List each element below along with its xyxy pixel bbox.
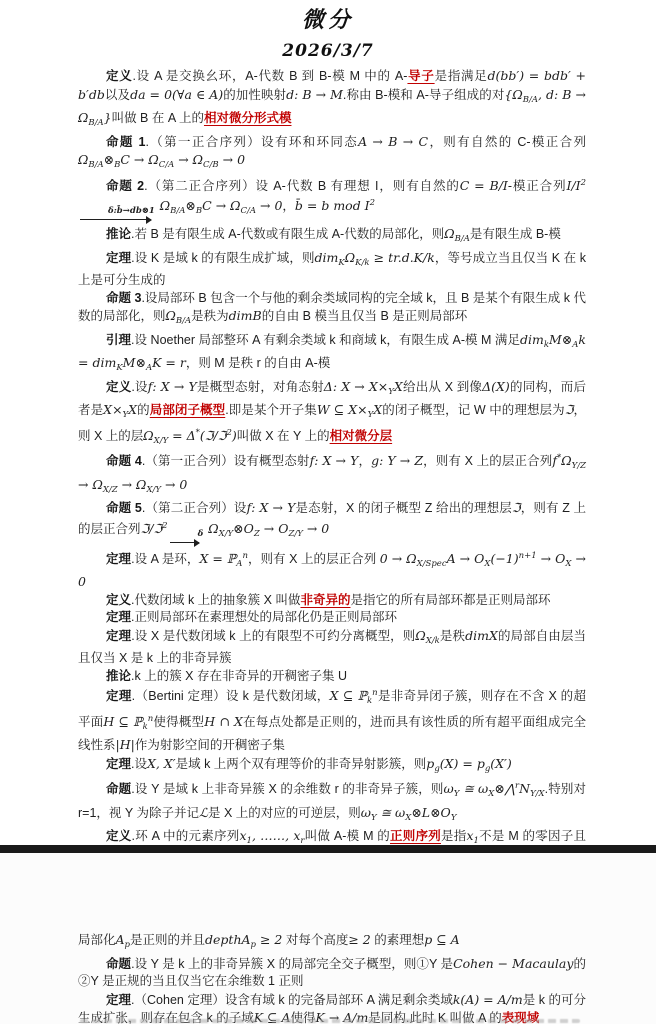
text-run: .设 [131,380,147,394]
paragraph: 引理.设 Noether 局部整环 A 有剩余类域 k 和商域 k，有限生成 A… [78,331,586,378]
math-run: → Ω [78,477,103,492]
math-run: (X′) [490,756,512,771]
math-run: A → B → C [358,134,428,149]
paragraph-lead: 定理 [106,757,131,771]
math-run: X, X′ [147,756,176,771]
paragraph: 定理.设 A 是环，X = ℙAn，则有 X 上的层正合列 0 → ΩX/Spe… [78,548,586,592]
text-run: 给出从 X 到像 [403,380,482,394]
math-run: 2 [370,198,375,208]
math-run: C → Ω [202,198,240,213]
text-run: 是正则的并且 [130,933,205,947]
text-run: 是指 [441,829,466,843]
paragraph-lead: 定理 [106,251,131,265]
text-run: 的 [137,403,150,417]
math-run: ℒ [199,805,208,820]
highlight-term: 非奇异的 [300,593,350,607]
math-run: ω [361,805,371,820]
math-run: X ⊆ ℙ [330,688,367,703]
math-run: X = ℙ [199,551,236,566]
math-run: B/A [170,206,185,216]
math-run: Ω [160,198,170,213]
text-run: 的闭子概型，记 W 中的理想层为 [382,403,565,417]
math-run: K = r [152,355,186,370]
math-run: I/I [566,178,580,193]
text-run: .k 上的簇 X 存在非奇异的开稠密子集 U [131,669,347,683]
highlight-term: 正则序列 [390,829,441,843]
math-run: Ω [444,226,454,241]
text-run: 以及 [105,88,130,102]
right-arrow-icon [80,216,155,225]
document-page: 微分 2026/3/7 定义.设 A 是交换幺环，A-代数 B 到 B-模 M … [0,0,656,1024]
paragraph-lead: 命题 2 [106,179,144,193]
math-run: W ⊆ X× [317,402,368,417]
highlight-term: 局部闭子概型 [150,403,225,417]
math-run: f: X → Y [310,453,359,468]
text-run: 是域 k 上两个双有理等价的非奇异射影簇，则 [176,757,427,771]
math-run: ≅ ω [459,781,488,796]
math-run: ⊗⋀ [494,781,515,796]
math-run: X× [103,402,122,417]
text-run: 的素理想 [371,933,424,947]
math-run: dimB [229,308,262,323]
labeled-arrow: δ:b̄→db⊗1 [80,206,155,225]
paragraph: 局部化Ap是正则的并且depthAp ≥ 2 对每个高度≥ 2 的素理想p ⊆ … [78,931,586,955]
math-run: Z/Y [288,529,302,539]
text-run: 是指满足 [435,69,488,83]
math-run: (ℑ/ℑ [200,428,227,443]
math-run: 2 [162,521,167,531]
math-run: dimX [465,628,498,643]
text-run: .（第一正合列）设有概型态射 [142,454,310,468]
text-run: 的加性映射 [223,88,286,102]
math-run: ⊗ [104,152,114,167]
text-run: .称由 B-模和 A-导子组成的对 [343,88,505,102]
math-run: depthA [205,932,251,947]
math-run: ≥ tr.d.K/k [370,250,435,265]
text-run: 是秩 [440,629,465,643]
math-run: X [373,402,382,417]
paragraph-lead: 命题 4 [106,454,142,468]
paragraph: 推论.k 上的簇 X 存在非奇异的开稠密子集 U [78,668,586,686]
math-run: Ω [415,628,425,643]
text-run: .环 A 中的元素序列 [131,829,239,843]
paragraph: 定义.代数闭域 k 上的抽象簇 X 叫做非奇异的是指它的所有局部环都是正则局部环 [78,592,586,610]
paragraph: 定理.设X, X′是域 k 上两个双有理等价的非奇异射影簇，则pg(X) = p… [78,755,586,779]
math-run: → 0 [161,477,187,492]
text-run: .设 [131,757,147,771]
text-run: 叫做 X 在 Y 上的 [237,429,330,443]
text-run: .设 Y 是 k 上的非奇异簇 X 的局部完全交子概型，则①Y 是 [131,957,453,971]
paragraph-lead: 定义 [106,380,131,394]
text-run: .代数闭域 k 上的抽象簇 X 叫做 [131,593,300,607]
math-run: , ……, x [252,828,300,843]
text-run: 是秩为 [191,309,229,323]
text-run: .设 Y 是域 k 上非奇异簇 X 的余维数 r 的非奇异子簇，则 [131,782,443,796]
document-date: 2026/3/7 [0,41,656,61]
math-run: g: Y → Z [371,453,423,468]
math-run: 2 [581,178,586,188]
paragraph: 命题 5.（第二正合列）设f: X → Y是态射，X 的闭子概型 Z 给出的理想… [78,499,586,548]
math-run: ≥ 2 [348,932,370,947]
text-run: .设 K 是域 k 的有限生成扩域，则 [131,251,314,265]
document-title: 微分 [0,0,656,33]
math-run: X [128,402,137,417]
text-run: .设 A 是交换幺环，A-代数 B 到 B-模 M 中的 A- [132,69,407,83]
math-run: X/Y [219,529,234,539]
math-run: (−1) [490,551,518,566]
paragraph-lead: 定理 [106,689,132,703]
math-run: f: X → Y [247,500,296,515]
math-run: Δ: X → X× [324,379,388,394]
paragraph: 推论.若 B 是有限生成 A-代数或有限生成 A-代数的局部化，则ΩB/A是有限… [78,225,586,249]
text-run: 是指它的所有局部环都是正则局部环 [350,593,550,607]
math-run: C/A [159,160,175,170]
math-run: → Ω [118,477,147,492]
text-run: ，则有 X 上的层正合列 [423,454,552,468]
math-run: dim [315,250,339,265]
math-run: → O [537,551,566,566]
math-run: Y/Z [572,461,586,471]
math-run: p ⊆ A [424,932,459,947]
math-run: X/Z [103,485,118,495]
math-run: M⊗ [549,332,572,347]
math-run: K/k [355,258,369,268]
paragraph: 命题 4.（第一正合列）设有概型态射f: X → Y，g: Y → Z，则有 X… [78,450,586,499]
paragraph: 命题 2.（第二正合序列）设 A-代数 B 有理想 I，则有自然的C = B/I… [78,175,586,226]
math-run: Y [451,813,457,823]
math-run: ω [444,781,454,796]
math-run: → Ω [174,152,203,167]
text-run: .（第一正合序列）设有环和环同态 [145,135,358,149]
arrow-label: δ [170,529,204,539]
arrow-label: δ:b̄→db⊗1 [80,206,155,216]
text-run: .（第二正合列）设 [142,501,247,515]
text-run: 对每个高度 [282,933,348,947]
paragraph-lead: 命题 3 [106,291,141,305]
math-run: n+1 [519,551,537,561]
math-run: → 0 [256,198,282,213]
math-run: Ω [345,250,355,265]
math-run: B/A [88,160,103,170]
paragraph: 定理.设 K 是域 k 的有限生成扩域，则dimKΩK/k ≥ tr.d.K/k… [78,249,586,290]
page2-content: 局部化Ap是正则的并且depthAp ≥ 2 对每个高度≥ 2 的素理想p ⊆ … [0,931,656,1024]
paragraph-lead: 命题 5 [106,501,142,515]
paragraph-lead: 命题 1 [106,135,145,149]
right-arrow-icon [170,539,204,548]
text-run: .设 A 是环， [131,552,199,566]
paragraph-lead: 定义 [106,829,131,843]
text-run: 叫做 A-模 M 的 [304,829,390,843]
paragraph: 定理.（Bertini 定理）设 k 是代数闭域，X ⊆ ℙkn是非奇异闭子簇，… [78,685,586,755]
math-run: X/Spec [417,559,447,569]
math-run: → 0 [303,521,329,536]
math-run: ≅ ω [377,805,406,820]
math-run: A → O [447,551,485,566]
text-run: .正则局部环在素理想处的局部化仍是正则局部环 [131,610,397,624]
paragraph: 定理.设 X 是代数闭域 k 上的有限型不可约分离概型，则ΩX/k是秩dimX的… [78,627,586,668]
math-run: ℑ/ℑ [141,521,163,536]
math-run: b̄ = b mod I [295,198,370,213]
text-run: .（Cohen 定理）设含有域 k 的完备局部环 A 满足剩余类域 [131,993,453,1007]
text-run: 使得概型 [153,715,204,729]
math-run: f: X → Y [148,379,197,394]
math-run: C/A [241,206,257,216]
math-run: Δ(X) [482,379,510,394]
math-run: Cohen − Macaulay [453,956,573,971]
math-run: ℑ [512,500,521,515]
math-run: dim [520,332,544,347]
math-run: B/A [176,316,191,326]
text-run: 是 X 上的对应的可逆层，则 [208,806,361,820]
math-run: X/k [426,636,440,646]
math-run: Ω [561,453,571,468]
math-run: X [394,379,403,394]
math-run: ≥ 2 [256,932,282,947]
highlight-term: 相对微分形式模 [204,111,292,125]
math-run: d: B → M [286,87,343,102]
paragraph: 命题 3.设局部环 B 包含一个与他的剩余类域同构的完全域 k，且 B 是某个有… [78,290,586,331]
math-run: X/Y [154,436,169,446]
paragraph: 定义.设 A 是交换幺环，A-代数 B 到 B-模 M 中的 A-导子是指满足d… [78,67,586,133]
text-run: 的自由 B 模当且仅当 B 是正则局部环 [262,309,468,323]
highlight-term: 相对微分层 [330,429,393,443]
math-run: B/A [523,95,538,105]
text-run: 是态射，X 的闭子概型 Z 给出的理想层 [295,501,512,515]
paragraph: 命题.设 Y 是域 k 上非奇异簇 X 的余维数 r 的非奇异子簇，则ωY ≅ … [78,778,586,827]
math-run: Ω [78,152,88,167]
text-run: ，则有自然的 C-模正合列 [428,135,586,149]
math-run: H ∩ X [204,714,243,729]
math-run: x [466,828,473,843]
paragraph-lead: 定理 [106,552,131,566]
math-run: ⊗ [185,198,195,213]
paragraph-lead: 定理 [106,610,131,624]
math-run: ⊗O [233,521,254,536]
math-run: (X) = p [440,756,485,771]
labeled-arrow: δ [170,529,204,548]
text-run: .（第二正合序列）设 A-代数 B 有理想 I，则有自然的 [144,179,460,193]
text-run: 是有限生成 B-模 [470,227,561,241]
math-run: x [239,828,246,843]
math-run: k(A) = A/m [453,992,523,1007]
math-run: A [116,932,125,947]
math-run: → O [260,521,289,536]
math-run: C = B/I [460,178,508,193]
math-run: {Ω [504,87,522,102]
math-run: → 0 [219,152,245,167]
clipped-text-line [80,1019,580,1023]
page2-sheet: 局部化Ap是正则的并且depthAp ≥ 2 对每个高度≥ 2 的素理想p ⊆ … [0,853,656,1024]
math-run: 0 → Ω [380,551,417,566]
paragraph-lead: 命题 [106,782,131,796]
text-run: .（Bertini 定理）设 k 是代数闭域， [132,689,330,703]
math-run: H ⊆ ℙ [103,714,142,729]
text-run: -模正合列 [508,179,567,193]
text-run: .即是某个开子集 [225,403,317,417]
math-run: Ω [166,308,176,323]
paragraph-lead: 定理 [106,993,131,1007]
paragraph: 定义.设f: X → Y是概型态射，对角态射Δ: X → X×YX给出从 X 到… [78,378,586,451]
paragraph-lead: 引理 [106,333,131,347]
text-run: .设 Noether 局部整环 A 有剩余类域 k 和商域 k，有限生成 A-模… [131,333,520,347]
page-separator [0,845,656,853]
math-run: Ω [208,521,218,536]
paragraph-lead: 定理 [106,629,131,643]
math-run: M⊗ [123,355,146,370]
text-run: ， [358,454,371,468]
highlight-term: 导子 [407,69,434,83]
math-run: = Δ [168,428,195,443]
math-run: C → Ω [120,152,158,167]
math-run: B/A [88,118,103,128]
paragraph-lead: 推论 [106,669,131,683]
text-run: ，则有 X 上的层正合列 [248,552,380,566]
paragraph-lead: 定义 [106,593,131,607]
text-run: ， [282,199,295,213]
paragraph-lead: 定义 [106,69,132,83]
math-run: ⊗L⊗O [411,805,451,820]
math-run: Y/X [530,789,545,799]
math-run: da = 0(∀a ∈ A) [130,87,223,102]
paragraph-lead: 命题 [106,957,131,971]
page1-content: 定义.设 A 是交换幺环，A-代数 B 到 B-模 M 中的 A-导子是指满足d… [0,67,656,952]
text-run: 局部化 [78,933,116,947]
text-run: 是概型态射，对角态射 [197,380,324,394]
math-run: B/A [455,234,470,244]
paragraph-lead: 推论 [106,227,131,241]
text-run: .设 X 是代数闭域 k 上的有限型不可约分离概型，则 [131,629,415,643]
text-run: .若 B 是有限生成 A-代数或有限生成 A-代数的局部化，则 [131,227,444,241]
math-run: Ω [143,428,153,443]
paragraph: 命题 1.（第一正合序列）设有环和环同态A → B → C，则有自然的 C-模正… [78,133,586,175]
math-run: N [519,781,530,796]
text-run: 叫做 B 在 A 上的 [112,111,204,125]
text-run: ，则 M 是秩 r 的自由 A-模 [186,356,330,370]
math-run: |H| [116,737,135,752]
math-run: X/Y [146,485,161,495]
paragraph: 定理.正则局部环在素理想处的局部化仍是正则局部环 [78,609,586,627]
paragraph: 命题.设 Y 是 k 上的非奇异簇 X 的局部完全交子概型，则①Y 是Cohen… [78,955,586,991]
text-run: 作为射影空间的开稠密子集 [135,738,285,752]
math-run: C/B [203,160,219,170]
math-run: } [104,110,112,125]
